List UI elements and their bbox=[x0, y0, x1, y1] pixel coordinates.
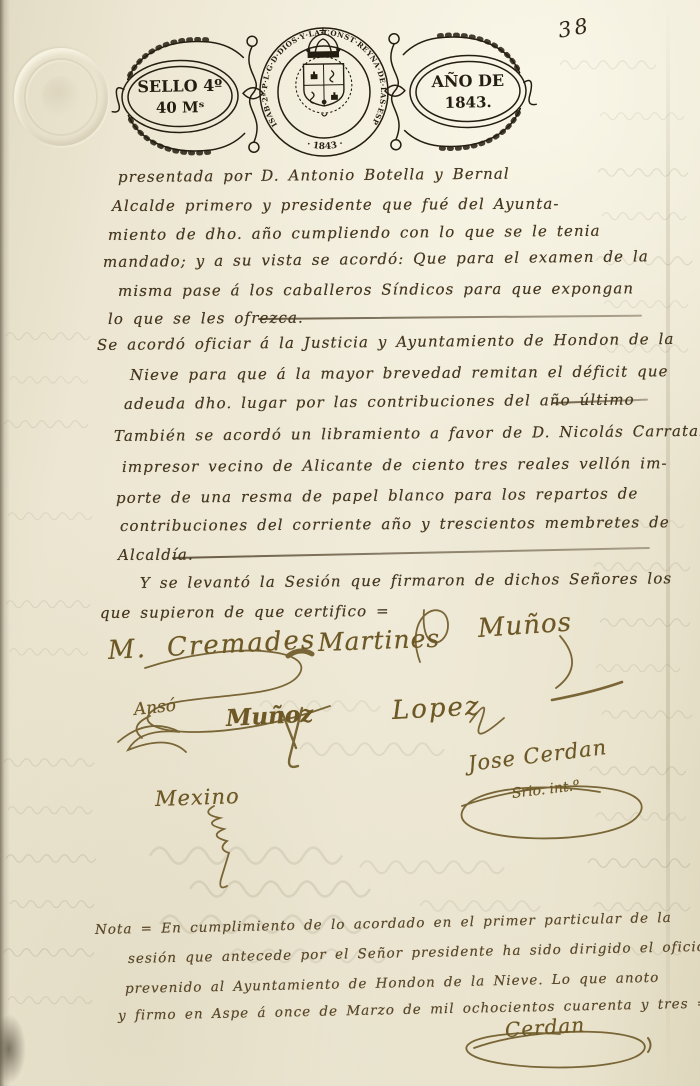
manuscript-page: 38 bbox=[0, 0, 700, 1086]
signature-anso: Ansó bbox=[133, 696, 177, 720]
ink-stain bbox=[0, 1014, 26, 1084]
ink-rule bbox=[258, 315, 642, 320]
svg-text:· 1843 ·: · 1843 · bbox=[305, 139, 344, 153]
signature-lopez: Lopez bbox=[391, 691, 481, 726]
manuscript-line: Nieve para que á la mayor brevedad remit… bbox=[130, 362, 669, 384]
manuscript-line: mandado; y a su vista se acordó: Que par… bbox=[103, 247, 649, 271]
scan-left-edge-shadow bbox=[0, 0, 10, 1086]
stamp-left-oval bbox=[121, 60, 238, 134]
signature-munos: Muños bbox=[477, 607, 573, 643]
manuscript-line: Y se levantó la Sesión que firmaron de d… bbox=[140, 569, 672, 592]
laurel-garland bbox=[111, 39, 245, 155]
manuscript-line: que supieron de que certifico = bbox=[100, 602, 390, 622]
stamp-right-oval bbox=[409, 54, 526, 128]
seal-year: · 1843 · bbox=[305, 139, 344, 153]
signature-mexino: Mexino bbox=[155, 784, 240, 811]
manuscript-line: misma pase á los caballeros Síndicos par… bbox=[118, 279, 634, 300]
stamp-year-label-2: 1843. bbox=[445, 93, 492, 112]
manuscript-line: Alcaldía. bbox=[118, 546, 194, 564]
manuscript-line: miento de dho. año cumpliendo con lo que… bbox=[108, 222, 601, 244]
note-line: prevenido al Ayuntamiento de Hondon de l… bbox=[125, 970, 660, 997]
signature-secretary-title: Srio. int.º bbox=[511, 778, 580, 802]
manuscript-line: También se acordó un libramiento a favor… bbox=[114, 422, 700, 445]
scroll-ornament bbox=[242, 34, 406, 153]
stamp-class-label: SELLO 4º bbox=[137, 76, 222, 96]
signature-munoz: Muñoz bbox=[225, 700, 314, 732]
royal-seal-rings bbox=[259, 27, 389, 157]
svg-text:ISAB·2ª·P·L·G·D·DIOS·Y·LA·CONS: ISAB·2ª·P·L·G·D·DIOS·Y·LA·CONST·REYNA·DE… bbox=[259, 27, 389, 129]
stamp-price-label: 40 Mˢ bbox=[156, 98, 205, 117]
signature-cerdan-note: Cerdan bbox=[504, 1012, 586, 1042]
revenue-tax-stamp: SELLO 4º 40 Mˢ AÑO DE 1843. ISAB·2ª·P·L·… bbox=[109, 20, 539, 167]
signature-cremades: M. Cremades bbox=[107, 625, 317, 666]
manuscript-line: contribuciones del corriente año y tresc… bbox=[120, 513, 670, 535]
ink-rule bbox=[172, 547, 650, 559]
manuscript-line: Se acordó oficiar á la Justicia y Ayunta… bbox=[97, 330, 675, 354]
crown-icon bbox=[306, 28, 339, 58]
seal-legend: ISAB·2ª·P·L·G·D·DIOS·Y·LA·CONST·REYNA·DE… bbox=[259, 27, 389, 129]
signature-secretary-name: Jose Cerdan bbox=[467, 735, 609, 776]
manuscript-line: Alcalde primero y presidente que fué del… bbox=[112, 195, 560, 215]
note-line: sesión que antecede por el Señor preside… bbox=[128, 939, 700, 967]
manuscript-line: presentada por D. Antonio Botella y Bern… bbox=[118, 165, 510, 186]
stamp-year-label-1: AÑO DE bbox=[430, 69, 504, 91]
folio-number: 38 bbox=[556, 13, 592, 42]
note-line: Nota = En cumplimiento de lo acordado en… bbox=[95, 910, 672, 938]
embossed-dry-seal bbox=[14, 48, 108, 146]
coat-of-arms-shield-icon bbox=[295, 57, 352, 117]
manuscript-line: impresor vecino de Alicante de ciento tr… bbox=[122, 454, 668, 476]
signature-martines: Martines bbox=[317, 624, 440, 657]
manuscript-line: porte de una resma de papel blanco para … bbox=[116, 484, 639, 507]
note-line: y firmo en Aspe á once de Marzo de mil o… bbox=[118, 996, 700, 1024]
